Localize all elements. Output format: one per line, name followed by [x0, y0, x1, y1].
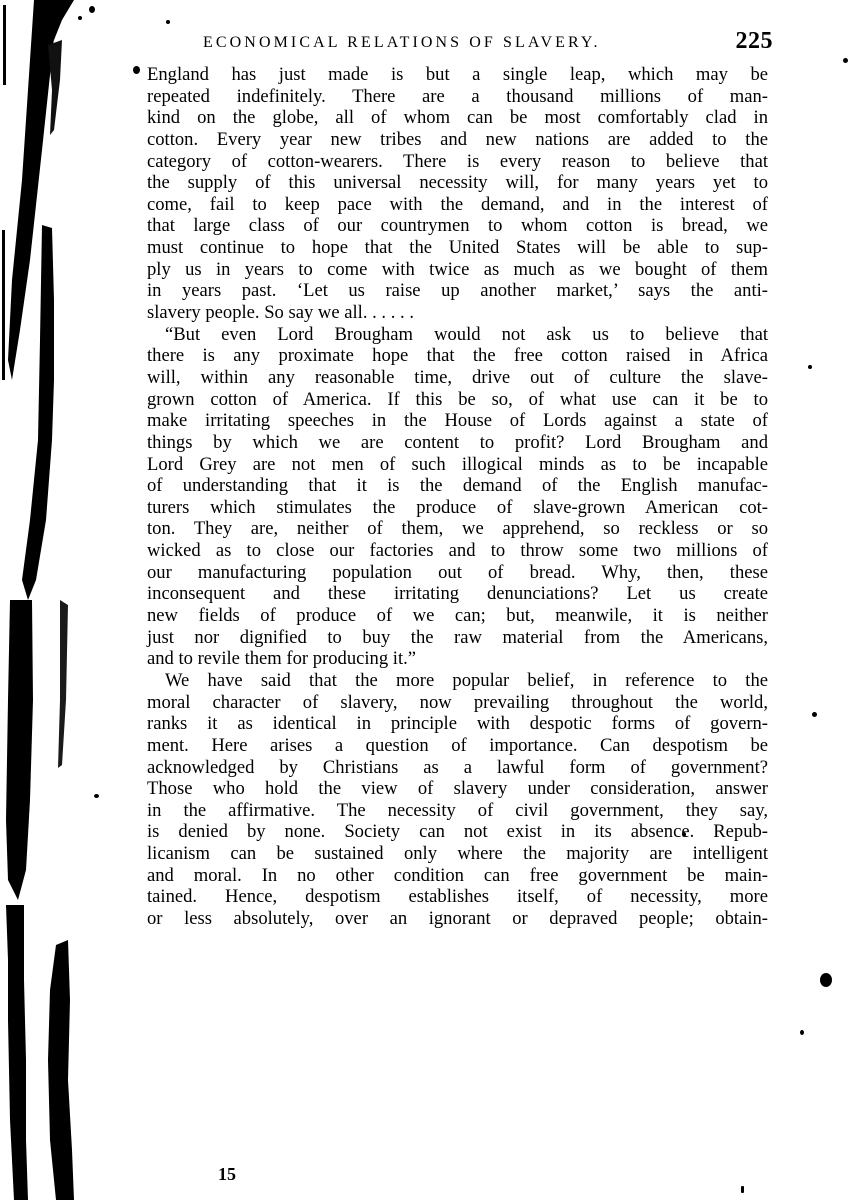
text-line: the supply of this universal necessity w…	[147, 172, 768, 194]
text-line: ply us in years to come with twice as mu…	[147, 259, 768, 281]
text-line: our manufacturing population out of brea…	[147, 562, 768, 584]
text-line: licanism can be sustained only where the…	[147, 843, 768, 865]
text-line: things by which we are content to profit…	[147, 432, 768, 454]
text-line: England has just made is but a single le…	[147, 64, 768, 86]
text-line: cotton. Every year new tribes and new na…	[147, 129, 768, 151]
text-line: “But even Lord Brougham would not ask us…	[147, 324, 768, 346]
text-line: grown cotton of America. If this be so, …	[147, 389, 768, 411]
text-line: or less absolutely, over an ignorant or …	[147, 908, 768, 930]
text-line: ton. They are, neither of them, we appre…	[147, 518, 768, 540]
text-line: kind on the globe, all of whom can be mo…	[147, 107, 768, 129]
scan-binding-shadow	[0, 0, 130, 1200]
text-line: inconsequent and these irritating denunc…	[147, 583, 768, 605]
text-line: that large class of our countrymen to wh…	[147, 215, 768, 237]
text-line: just nor dignified to buy the raw materi…	[147, 627, 768, 649]
body-text: England has just made is but a single le…	[147, 64, 768, 930]
scan-speck	[94, 794, 99, 798]
scan-speck	[800, 1030, 804, 1035]
scan-speck	[820, 973, 832, 987]
text-line: new fields of produce of we can; but, me…	[147, 605, 768, 627]
text-line: is denied by none. Society can not exist…	[147, 821, 768, 843]
text-line: moral character of slavery, now prevaili…	[147, 692, 768, 714]
text-line: ranks it as identical in principle with …	[147, 713, 768, 735]
text-line: make irritating speeches in the House of…	[147, 410, 768, 432]
scan-speck	[78, 16, 82, 20]
paragraph: We have said that the more popular belie…	[147, 670, 768, 930]
paragraph: “But even Lord Brougham would not ask us…	[147, 324, 768, 670]
text-line: in years past. ‘Let us raise up another …	[147, 280, 768, 302]
page-number: 225	[736, 28, 774, 55]
text-line: there is any proximate hope that the fre…	[147, 345, 768, 367]
text-line: come, fail to keep pace with the demand,…	[147, 194, 768, 216]
text-line: slavery people. So say we all. . . . . .	[147, 302, 768, 324]
scan-speck	[808, 365, 812, 369]
text-line: and moral. In no other condition can fre…	[147, 865, 768, 887]
text-line: wicked as to close our factories and to …	[147, 540, 768, 562]
text-line: acknowledged by Christians as a lawful f…	[147, 757, 768, 779]
text-line: tained. Hence, despotism establishes its…	[147, 886, 768, 908]
scan-speck	[741, 1186, 744, 1193]
text-line: Those who hold the view of slavery under…	[147, 778, 768, 800]
running-head: Economical Relations of Slavery.	[203, 34, 601, 52]
text-line: of understanding that it is the demand o…	[147, 475, 768, 497]
text-line: We have said that the more popular belie…	[147, 670, 768, 692]
scan-speck	[166, 20, 170, 24]
paragraph: England has just made is but a single le…	[147, 64, 768, 324]
text-line: in the affirmative. The necessity of civ…	[147, 800, 768, 822]
text-line: ment. Here arises a question of importan…	[147, 735, 768, 757]
scan-speck	[843, 58, 848, 63]
text-line: Lord Grey are not men of such illogical …	[147, 454, 768, 476]
scan-speck	[133, 66, 140, 74]
text-line: will, within any reasonable time, drive …	[147, 367, 768, 389]
text-line: and to revile them for producing it.”	[147, 648, 768, 670]
text-line: turers which stimulates the produce of s…	[147, 497, 768, 519]
scan-speck	[812, 712, 817, 717]
page-header: Economical Relations of Slavery. 225	[203, 28, 773, 58]
text-line: repeated indefinitely. There are a thous…	[147, 86, 768, 108]
scan-speck	[89, 6, 95, 13]
text-line: must continue to hope that the United St…	[147, 237, 768, 259]
text-line: category of cotton-wearers. There is eve…	[147, 151, 768, 173]
signature-mark: 15	[218, 1164, 236, 1185]
